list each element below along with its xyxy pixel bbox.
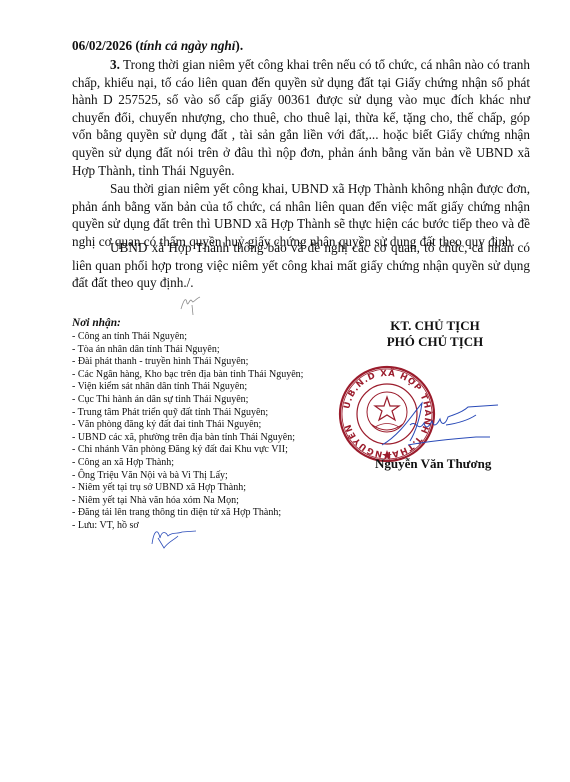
recipient-item: - Chi nhánh Văn phòng Đăng ký đất đai Kh… [72, 444, 342, 457]
recipients-list: - Công an tỉnh Thái Nguyên;- Tòa án nhân… [72, 331, 342, 533]
paragraph-text: Trong thời gian niêm yết công khai trên … [72, 57, 530, 178]
signature-icon [380, 395, 500, 455]
recipient-item: - UBND các xã, phường trên địa bàn tỉnh … [72, 432, 342, 445]
recipient-item: - Viện kiểm sát nhân dân tỉnh Thái Nguyê… [72, 381, 342, 394]
signer-title-line1: KT. CHỦ TỊCH [340, 318, 530, 334]
recipients-heading: Nơi nhận: [72, 316, 342, 331]
recipient-item: - Cục Thi hành án dân sự tỉnh Thái Nguyê… [72, 394, 342, 407]
recipient-item: - Lưu: VT, hồ sơ [72, 520, 342, 533]
paragraph-number: 3. [110, 57, 120, 72]
document-page: 06/02/2026 (tính cả ngày nghỉ). 3. Trong… [0, 0, 570, 782]
recipient-item: - Niêm yết tại Nhà văn hóa xóm Na Mọn; [72, 495, 342, 508]
signer-title-line2: PHÓ CHỦ TỊCH [340, 334, 530, 350]
recipient-item: - Ông Triệu Văn Nội và bà Vi Thị Lấy; [72, 470, 342, 483]
clerk-signature-icon [148, 522, 198, 552]
initials-mark-icon [178, 291, 204, 317]
signer-title: KT. CHỦ TỊCH PHÓ CHỦ TỊCH [340, 318, 530, 350]
recipient-item: - Đài phát thanh - truyền hình Thái Nguy… [72, 356, 342, 369]
recipient-item: - Công an tỉnh Thái Nguyên; [72, 331, 342, 344]
recipients-block: Nơi nhận: - Công an tỉnh Thái Nguyên;- T… [72, 316, 342, 533]
deadline-note: tính cả ngày nghỉ [140, 38, 236, 53]
recipient-item: - Đăng tải lên trang thông tin điện tử x… [72, 507, 342, 520]
recipient-item: - Các Ngân hàng, Kho bạc trên địa bàn tỉ… [72, 369, 342, 382]
recipient-item: - Niêm yết tại trụ sở UBND xã Hợp Thành; [72, 482, 342, 495]
recipient-item: - Tòa án nhân dân tỉnh Thái Nguyên; [72, 344, 342, 357]
paragraph-text: UBND xã Hợp Thành thông báo và đề nghị c… [72, 239, 530, 292]
recipient-item: - Trung tâm Phát triển quỹ đất tỉnh Thái… [72, 407, 342, 420]
signer-name: Nguyễn Văn Thương [375, 456, 491, 472]
recipient-item: - Văn phòng đăng ký đất đai tỉnh Thái Ng… [72, 419, 342, 432]
recipient-item: - Công an xã Hợp Thành; [72, 457, 342, 470]
deadline-date: 06/02/2026 [72, 38, 132, 53]
paragraph-3: 3. Trong thời gian niêm yết công khai tr… [72, 56, 530, 179]
date-line: 06/02/2026 (tính cả ngày nghỉ). [72, 38, 243, 54]
paragraph-notice: UBND xã Hợp Thành thông báo và đề nghị c… [72, 239, 530, 292]
